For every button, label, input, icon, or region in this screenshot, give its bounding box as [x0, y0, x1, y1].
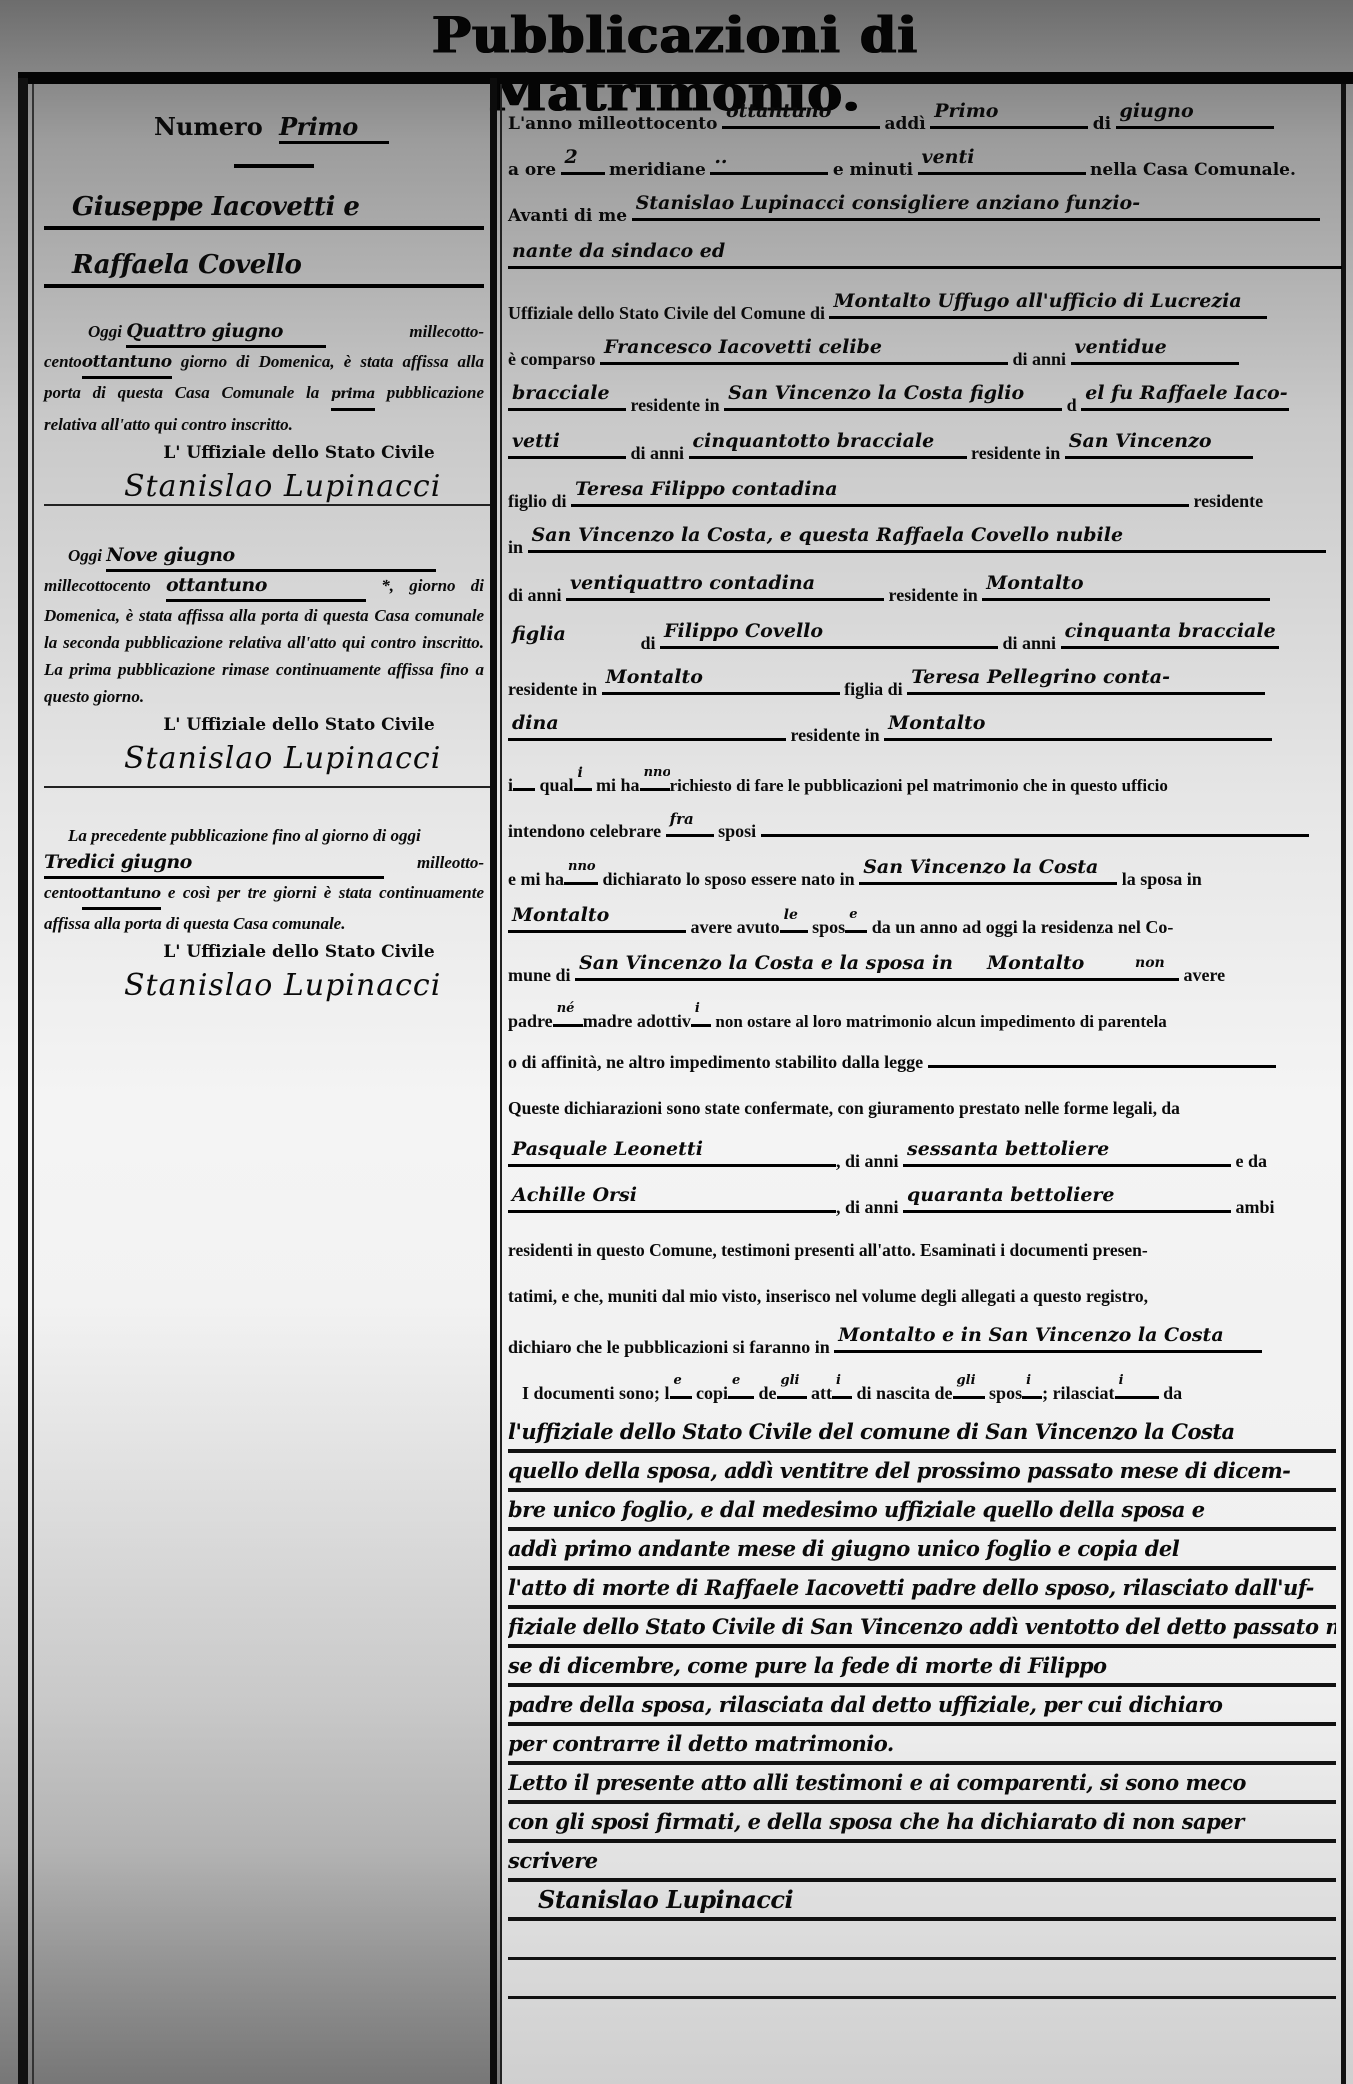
plural-suffix: nno [640, 758, 670, 791]
printed-text: L'anno milleottocento [508, 114, 717, 134]
cento-label: cento [44, 352, 82, 371]
first-pub-date: Quattro giugno [126, 318, 326, 348]
spouse-name-bride: Raffaela Covello [44, 244, 484, 288]
act-line-witness-1: Pasquale Leonetti, di anni sessanta bett… [508, 1134, 1336, 1178]
act-line-witness-2: Achille Orsi, di anni quaranta bettolier… [508, 1180, 1336, 1224]
printed-text: avere avuto [691, 917, 780, 937]
handwritten-line: scrivere [508, 1843, 1336, 1882]
printed-text: Uffiziale dello Stato Civile del Comune … [508, 303, 825, 323]
plural-suffix: i [691, 994, 711, 1027]
act-line-request: i quali mi hannorichiesto di fare le pub… [508, 758, 1336, 802]
printed-text: di anni [1012, 349, 1066, 369]
printed-text: , di anni [836, 1151, 899, 1171]
third-pub-text-1: La precedente pubblicazione fino al gior… [68, 826, 421, 845]
printed-text: spos [812, 917, 845, 937]
printed-text: att [811, 1383, 832, 1403]
suffix-field: e [728, 1366, 754, 1399]
printed-text: o di affinità, ne altro impedimento stab… [508, 1052, 923, 1072]
bride-father-residence: Montalto [602, 662, 840, 695]
printed-text: residente in [631, 395, 720, 415]
first-pub-year: ottantuno [82, 349, 172, 379]
act-line-affinity: o di affinità, ne altro impedimento stab… [508, 1040, 1336, 1084]
plural-suffix [513, 788, 535, 791]
act-line-groom: è comparso Francesco Iacovetti celibe di… [508, 332, 1336, 376]
printed-text: di anni [1003, 633, 1057, 653]
handwritten-line: addì primo andante mese di giugno unico … [508, 1531, 1336, 1570]
printed-text: nella Casa Comunale. [1090, 160, 1296, 180]
residence-field-2: Montalto [983, 948, 1131, 981]
second-publication-block: Oggi Nove giugno millecottocento ottantu… [44, 542, 484, 785]
printed-text: copi [696, 1383, 728, 1403]
handwritten-line: se di dicembre, come pure la fede di mor… [508, 1648, 1336, 1687]
groom-father-field: el fu Raffaele Iaco- [1081, 378, 1289, 411]
article-suffix: le [780, 900, 808, 933]
act-line-documents-registry: tatimi, e che, muniti dal mio visto, ins… [508, 1274, 1336, 1318]
blank-line [928, 1065, 1276, 1068]
handwritten-line: l'atto di morte di Raffaele Iacovetti pa… [508, 1570, 1336, 1609]
act-line-groom-mother: figlio di Teresa Filippo contadina resid… [508, 474, 1336, 518]
blank-line [508, 1921, 1336, 1960]
act-line-celebrate: intendono celebrare fra sposi [508, 804, 1336, 848]
first-publication-block: Oggi Quattro giugno millecotto- centoott… [44, 318, 484, 513]
act-line-residents: residenti in questo Comune, testimoni pr… [508, 1228, 1336, 1272]
officer-label: L' Uffiziale dello Stato Civile [44, 712, 484, 739]
act-line-officer-cont: nante da sindaco ed [508, 236, 1336, 280]
suffix-field: i [1022, 1366, 1042, 1399]
page-shading [0, 1300, 500, 2084]
officer-signature: Stanislao Lupinacci [44, 972, 484, 1012]
meridian-field: .. [710, 142, 828, 175]
handwritten-line: per contrarre il detto matrimonio. [508, 1726, 1336, 1765]
groom-residence-field: San Vincenzo la Costa figlio [724, 378, 1062, 411]
groom-age-field: ventidue [1071, 332, 1239, 365]
printed-text: i [508, 775, 513, 795]
groom-father-age: cinquantotto bracciale [689, 426, 967, 459]
groom-father-cont: vetti [508, 426, 626, 459]
section-separator [44, 504, 490, 506]
bride-father-age: cinquanta bracciale [1061, 616, 1279, 649]
printed-text: residenti in questo Comune, testimoni pr… [508, 1240, 1148, 1260]
closing-signature: Stanislao Lupinacci [508, 1882, 1336, 1921]
oggi-label: Oggi [88, 322, 122, 341]
spouse-name-groom: Giuseppe Iacovetti e [44, 186, 484, 230]
record-number: Numero Primo [154, 112, 389, 144]
printed-text: figlia di [844, 679, 903, 699]
officer-field: Stanislao Lupinacci consigliere anziano … [632, 188, 1320, 221]
witness-2-name: Achille Orsi [508, 1180, 836, 1213]
printed-text: di anni [631, 443, 685, 463]
printed-text: ; rilasciat [1042, 1383, 1114, 1403]
handwritten-line: bre unico foglio, e dal medesimo uffizia… [508, 1492, 1336, 1531]
first-pub-text-1: millecotto- [409, 318, 484, 345]
act-line-groom-residence: bracciale residente in San Vincenzo la C… [508, 378, 1336, 422]
act-line-officer: Avanti di me Stanislao Lupinacci consigl… [508, 188, 1336, 232]
printed-text: qual [540, 775, 574, 795]
act-line-declarations: Queste dichiarazioni sono state conferma… [508, 1086, 1336, 1130]
frame-border-right [1341, 84, 1346, 2084]
month-field: giugno [1116, 96, 1274, 129]
blank-line [761, 834, 1309, 837]
act-line-documents: I documenti sono; le copie degli atti di… [508, 1366, 1350, 1410]
printed-text: spos [989, 1383, 1022, 1403]
handwritten-line: fiziale dello Stato Civile di San Vincen… [508, 1609, 1336, 1648]
suffix-field: i [1115, 1366, 1159, 1399]
first-pub-ordinal: prima [331, 381, 375, 411]
groom-father-residence: San Vincenzo [1065, 426, 1253, 459]
handwritten-line: Letto il presente atto alli testimoni e … [508, 1765, 1336, 1804]
frame-border-top [18, 72, 1353, 84]
second-pub-year: ottantuno [166, 572, 366, 602]
officer-label: L' Uffiziale dello Stato Civile [44, 440, 484, 467]
act-line-publication-place: dichiaro che le pubblicazioni si faranno… [508, 1320, 1336, 1364]
third-pub-date: Tredici giugno [44, 849, 384, 879]
printed-text: residente in [791, 725, 880, 745]
suffix-field: gli [777, 1366, 807, 1399]
printed-text: sposi [718, 821, 756, 841]
third-pub-text-2: milleotto- [417, 849, 484, 876]
publication-place-field: Montalto e in San Vincenzo la Costa [834, 1320, 1262, 1353]
printed-text: addì [884, 114, 925, 134]
blank-line [508, 1960, 1336, 1999]
printed-text: padre [508, 1011, 553, 1031]
witness-1-name: Pasquale Leonetti [508, 1134, 836, 1167]
handwritten-line: con gli sposi firmati, e della sposa che… [508, 1804, 1336, 1843]
bride-birthplace: Montalto [508, 900, 686, 933]
suffix-field: i [832, 1366, 852, 1399]
plural-suffix: nno [564, 852, 598, 885]
printed-text: meridiane [609, 160, 706, 180]
residence-field: San Vincenzo la Costa e la sposa in [575, 948, 983, 981]
spouses-article: fra [666, 804, 714, 837]
handwritten-line: quello della sposa, addì ventitre del pr… [508, 1453, 1336, 1492]
minutes-field: venti [918, 142, 1086, 175]
printed-text: figlio di [508, 491, 567, 511]
plural-suffix: i [574, 758, 592, 791]
handwritten-line: padre della sposa, rilasciata dal detto … [508, 1687, 1336, 1726]
printed-text: dichiarato lo sposo essere nato in [603, 869, 855, 889]
groom-name-field: Francesco Iacovetti celibe [600, 332, 1008, 365]
groom-birthplace: San Vincenzo la Costa [859, 852, 1117, 885]
act-line-groom-father: vetti di anni cinquantotto bracciale res… [508, 426, 1336, 470]
printed-text: e minuti [833, 160, 913, 180]
printed-text: ambi [1236, 1197, 1275, 1217]
printed-text: intendono celebrare [508, 821, 661, 841]
cento-label: cento [44, 883, 82, 902]
printed-text: di nascita de [857, 1383, 953, 1403]
oggi-label: Oggi [68, 546, 102, 565]
printed-text: di anni [508, 585, 562, 605]
act-line-residence: Montalto avere avutole spose da un anno … [508, 900, 1336, 944]
section-separator [44, 786, 490, 788]
officer-field-cont: nante da sindaco ed [508, 236, 1342, 269]
printed-text: residente in [508, 679, 597, 699]
handwritten-documents-text: l'uffiziale dello Stato Civile del comun… [508, 1414, 1336, 1999]
printed-text: non ostare al loro matrimonio alcun impe… [715, 1012, 1166, 1031]
numero-underline [234, 164, 314, 168]
bride-mother-field: Teresa Pellegrino conta- [907, 662, 1265, 695]
printed-text: mi ha [596, 775, 640, 795]
printed-text: da [1163, 1383, 1182, 1403]
act-line-comune: Uffiziale dello Stato Civile del Comune … [508, 286, 1336, 330]
spouses-names: Giuseppe Iacovetti e Raffaela Covello [44, 186, 484, 302]
printed-text: tatimi, e che, muniti dal mio visto, ins… [508, 1286, 1148, 1306]
negation-field: né [553, 994, 583, 1027]
numero-label: Numero [154, 112, 263, 141]
printed-text: è comparso [508, 349, 595, 369]
printed-text: de [759, 1383, 777, 1403]
printed-text: residente in [889, 585, 978, 605]
column-divider-inner [500, 84, 502, 2084]
frame-border-left-inner [32, 84, 34, 2084]
groom-occupation-field: bracciale [508, 378, 626, 411]
act-line-bride-father: figlia di Filippo Covello di anni cinqua… [508, 616, 1336, 660]
printed-text: a ore [508, 160, 556, 180]
printed-text: in [508, 537, 523, 557]
act-line-date: L'anno milleottocento ottantuno addì Pri… [508, 96, 1336, 140]
printed-text: avere [1184, 965, 1226, 985]
plural-suffix: e [845, 900, 867, 933]
second-pub-date: Nove giugno [106, 542, 436, 572]
printed-text: Avanti di me [508, 206, 627, 226]
third-publication-block: La precedente pubblicazione fino al gior… [44, 822, 484, 1012]
printed-text: la sposa in [1122, 869, 1202, 889]
witness-2-age: quaranta bettoliere [903, 1180, 1231, 1213]
act-line-bride: in San Vincenzo la Costa, e questa Raffa… [508, 520, 1336, 564]
bride-father-field: Filippo Covello [660, 616, 998, 649]
bride-residence-field: Montalto [982, 568, 1270, 601]
bride-mother-residence: Montalto [884, 708, 1272, 741]
officer-signature: Stanislao Lupinacci [44, 745, 484, 785]
printed-text: da un anno ad oggi la residenza nel Co- [872, 917, 1174, 937]
act-line-birthplaces: e mi hanno dichiarato lo sposo essere na… [508, 852, 1336, 896]
printed-text: di [641, 633, 656, 653]
act-line-bride-mother-res: dina residente in Montalto [508, 708, 1336, 752]
printed-text: madre adottiv [583, 1011, 691, 1031]
printed-text: di [1093, 114, 1111, 134]
third-pub-year: ottantuno [82, 880, 161, 910]
groom-mother-field: Teresa Filippo contadina [571, 474, 1189, 507]
printed-text: dichiaro che le pubblicazioni si faranno… [508, 1337, 830, 1357]
second-pub-text-1: millecottocento [44, 576, 151, 595]
comune-field: Montalto Uffugo all'ufficio di Lucrezia [829, 286, 1267, 319]
printed-text: richiesto di fare le pubblicazioni pel m… [670, 776, 1168, 795]
frame-border-left [18, 78, 28, 2084]
printed-text: I documenti sono; l [522, 1383, 670, 1403]
printed-text: d [1067, 395, 1077, 415]
printed-text: e mi ha [508, 869, 564, 889]
day-field: Primo [930, 96, 1088, 129]
printed-text: e da [1236, 1151, 1268, 1171]
suffix-field: gli [953, 1366, 985, 1399]
printed-text: residente [1194, 491, 1264, 511]
officer-label: L' Uffiziale dello Stato Civile [44, 939, 484, 966]
act-line-time: a ore 2 meridiane .. e minuti venti nell… [508, 142, 1336, 186]
act-line-bride-mother: residente in Montalto figlia di Teresa P… [508, 662, 1336, 706]
bride-mother-occupation: dina [508, 708, 786, 741]
bride-age-field: ventiquattro contadina [566, 568, 884, 601]
bride-field: San Vincenzo la Costa, e questa Raffaela… [528, 520, 1326, 553]
hour-field: 2 [561, 142, 605, 175]
printed-text: mune di [508, 965, 571, 985]
act-line-comune-residence: mune di San Vincenzo la Costa e la sposa… [508, 948, 1336, 992]
negation-field: non [1131, 948, 1179, 981]
bride-figlia: figlia [508, 619, 636, 649]
suffix-field: e [670, 1366, 692, 1399]
numero-value: Primo [279, 112, 389, 144]
officer-signature: Stanislao Lupinacci [44, 473, 484, 513]
handwritten-line: l'uffiziale dello Stato Civile del comun… [508, 1414, 1336, 1453]
printed-text: residente in [971, 443, 1060, 463]
act-line-adoptive: padrenémadre adottivi non ostare al loro… [508, 994, 1336, 1038]
act-line-bride-age: di anni ventiquattro contadina residente… [508, 568, 1336, 612]
year-field: ottantuno [722, 96, 880, 129]
column-divider [490, 78, 497, 2084]
witness-1-age: sessanta bettoliere [903, 1134, 1231, 1167]
printed-text: , di anni [836, 1197, 899, 1217]
printed-text: Queste dichiarazioni sono state conferma… [508, 1098, 1180, 1118]
